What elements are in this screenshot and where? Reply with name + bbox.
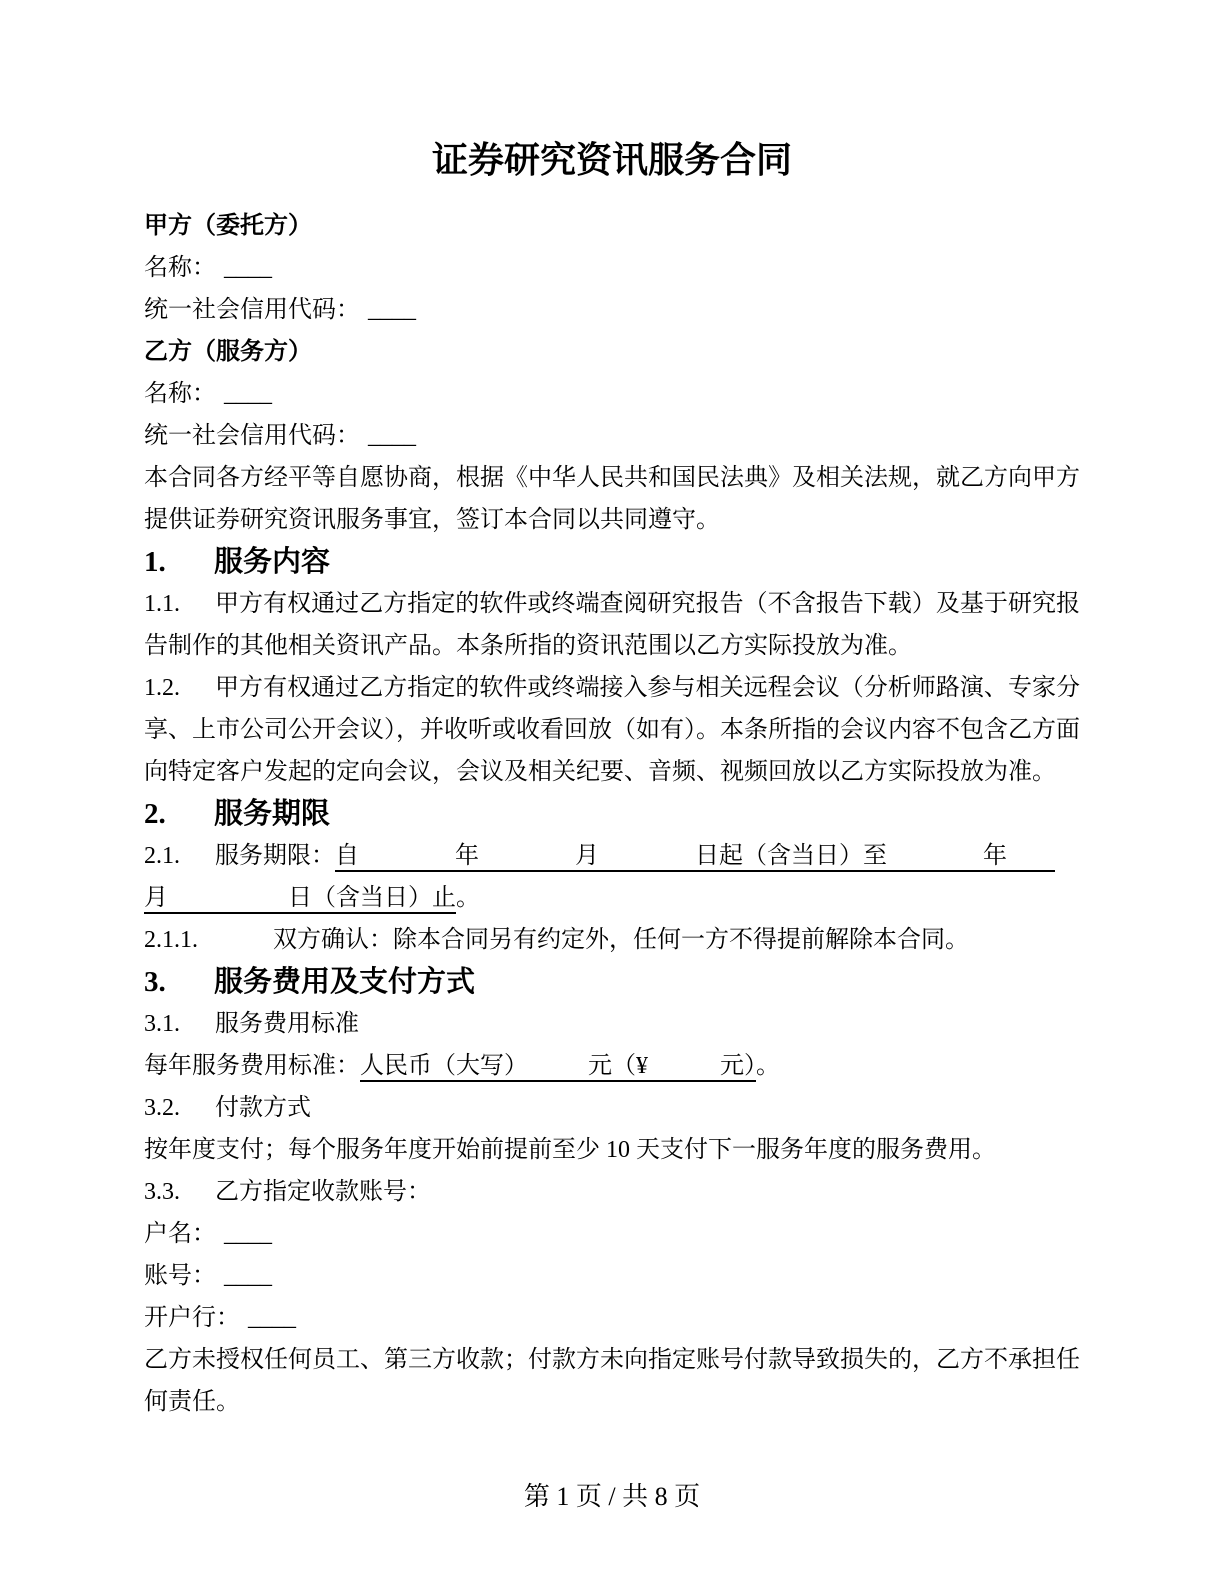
closing-paragraph: 乙方未授权任何员工、第三方收款；付款方未向指定账号付款导致损失的，乙方不承担任何… bbox=[144, 1339, 1080, 1423]
section-3-number: 3. bbox=[144, 961, 214, 1003]
clause-1-1-number: 1.1. bbox=[144, 583, 215, 625]
party-a-name-label: 名称： bbox=[144, 255, 216, 281]
clause-3-2: 3.2.付款方式 bbox=[144, 1087, 1080, 1129]
clause-2-1-label: 服务期限： bbox=[215, 843, 335, 869]
clause-2-1-1-text: 双方确认：除本合同另有约定外，任何一方不得提前解除本合同。 bbox=[273, 927, 969, 953]
party-b-name-blank: ____ bbox=[224, 381, 272, 407]
section-1-heading: 1.服务内容 bbox=[144, 541, 1080, 583]
clause-1-2-number: 1.2. bbox=[144, 667, 215, 709]
clause-2-1-1: 2.1.1.双方确认：除本合同另有约定外，任何一方不得提前解除本合同。 bbox=[144, 919, 1080, 961]
clause-3-1-text: 服务费用标准 bbox=[215, 1011, 359, 1037]
clause-3-2-text: 付款方式 bbox=[215, 1095, 311, 1121]
party-a-name-line: 名称：____ bbox=[144, 247, 1080, 289]
clause-2-1-1-number: 2.1.1. bbox=[144, 919, 273, 961]
party-a-code-line: 统一社会信用代码：____ bbox=[144, 289, 1080, 331]
clause-1-1: 1.1.甲方有权通过乙方指定的软件或终端查阅研究报告（不含报告下载）及基于研究报… bbox=[144, 583, 1080, 667]
clause-3-2-number: 3.2. bbox=[144, 1087, 215, 1129]
clause-2-1: 2.1.服务期限：自 年 月 日起（含当日）至 年 月 日（含当日）止。 bbox=[144, 835, 1080, 919]
section-2-heading: 2.服务期限 bbox=[144, 793, 1080, 835]
account-holder-label: 户名： bbox=[144, 1221, 216, 1247]
party-a-name-blank: ____ bbox=[224, 255, 272, 281]
party-b-heading: 乙方（服务方） bbox=[144, 331, 1080, 373]
contract-page: 证券研究资讯服务合同 甲方（委托方） 名称：____ 统一社会信用代码：____… bbox=[0, 0, 1224, 1584]
fee-label: 每年服务费用标准： bbox=[144, 1053, 360, 1079]
fee-standard-line: 每年服务费用标准：人民币（大写） 元（¥ 元）。 bbox=[144, 1045, 1080, 1087]
clause-3-1-number: 3.1. bbox=[144, 1003, 215, 1045]
section-1-title: 服务内容 bbox=[214, 546, 330, 578]
party-a-code-label: 统一社会信用代码： bbox=[144, 297, 360, 323]
fee-period: 。 bbox=[756, 1053, 780, 1079]
party-b-name-line: 名称：____ bbox=[144, 373, 1080, 415]
account-number-blank: ____ bbox=[224, 1263, 272, 1289]
party-b-code-label: 统一社会信用代码： bbox=[144, 423, 360, 449]
clause-3-3-text: 乙方指定收款账号： bbox=[215, 1179, 431, 1205]
party-a-code-blank: ____ bbox=[368, 297, 416, 323]
party-b-name-label: 名称： bbox=[144, 381, 216, 407]
preamble-paragraph: 本合同各方经平等自愿协商，根据《中华人民共和国民法典》及相关法规，就乙方向甲方提… bbox=[144, 457, 1080, 541]
service-period-blank-line2: 月 日（含当日）止 bbox=[144, 885, 456, 911]
section-3-heading: 3.服务费用及支付方式 bbox=[144, 961, 1080, 1003]
party-b-code-blank: ____ bbox=[368, 423, 416, 449]
party-b-code-line: 统一社会信用代码：____ bbox=[144, 415, 1080, 457]
account-bank-blank: ____ bbox=[248, 1305, 296, 1331]
account-bank-label: 开户行： bbox=[144, 1305, 240, 1331]
service-period-blank-line1: 自 年 月 日起（含当日）至 年 bbox=[335, 843, 1055, 869]
document-title: 证券研究资讯服务合同 bbox=[144, 132, 1080, 188]
section-2-number: 2. bbox=[144, 793, 214, 835]
clause-2-1-period: 。 bbox=[456, 885, 480, 911]
clause-2-1-number: 2.1. bbox=[144, 835, 215, 877]
account-number-line: 账号：____ bbox=[144, 1255, 1080, 1297]
account-bank-line: 开户行：____ bbox=[144, 1297, 1080, 1339]
section-3-title: 服务费用及支付方式 bbox=[214, 966, 475, 998]
payment-terms-line: 按年度支付；每个服务年度开始前提前至少 10 天支付下一服务年度的服务费用。 bbox=[144, 1129, 1080, 1171]
party-a-heading: 甲方（委托方） bbox=[144, 205, 1080, 247]
fee-amount-blank: 人民币（大写） 元（¥ 元） bbox=[360, 1053, 756, 1079]
page-footer: 第 1 页 / 共 8 页 bbox=[0, 1480, 1224, 1514]
section-1-number: 1. bbox=[144, 541, 214, 583]
clause-3-3: 3.3.乙方指定收款账号： bbox=[144, 1171, 1080, 1213]
account-holder-line: 户名：____ bbox=[144, 1213, 1080, 1255]
account-number-label: 账号： bbox=[144, 1263, 216, 1289]
section-2-title: 服务期限 bbox=[214, 798, 330, 830]
clause-3-3-number: 3.3. bbox=[144, 1171, 215, 1213]
clause-1-2-text: 甲方有权通过乙方指定的软件或终端接入参与相关远程会议（分析师路演、专家分享、上市… bbox=[144, 675, 1080, 785]
clause-3-1: 3.1.服务费用标准 bbox=[144, 1003, 1080, 1045]
account-holder-blank: ____ bbox=[224, 1221, 272, 1247]
clause-1-1-text: 甲方有权通过乙方指定的软件或终端查阅研究报告（不含报告下载）及基于研究报告制作的… bbox=[144, 591, 1080, 659]
clause-1-2: 1.2.甲方有权通过乙方指定的软件或终端接入参与相关远程会议（分析师路演、专家分… bbox=[144, 667, 1080, 793]
